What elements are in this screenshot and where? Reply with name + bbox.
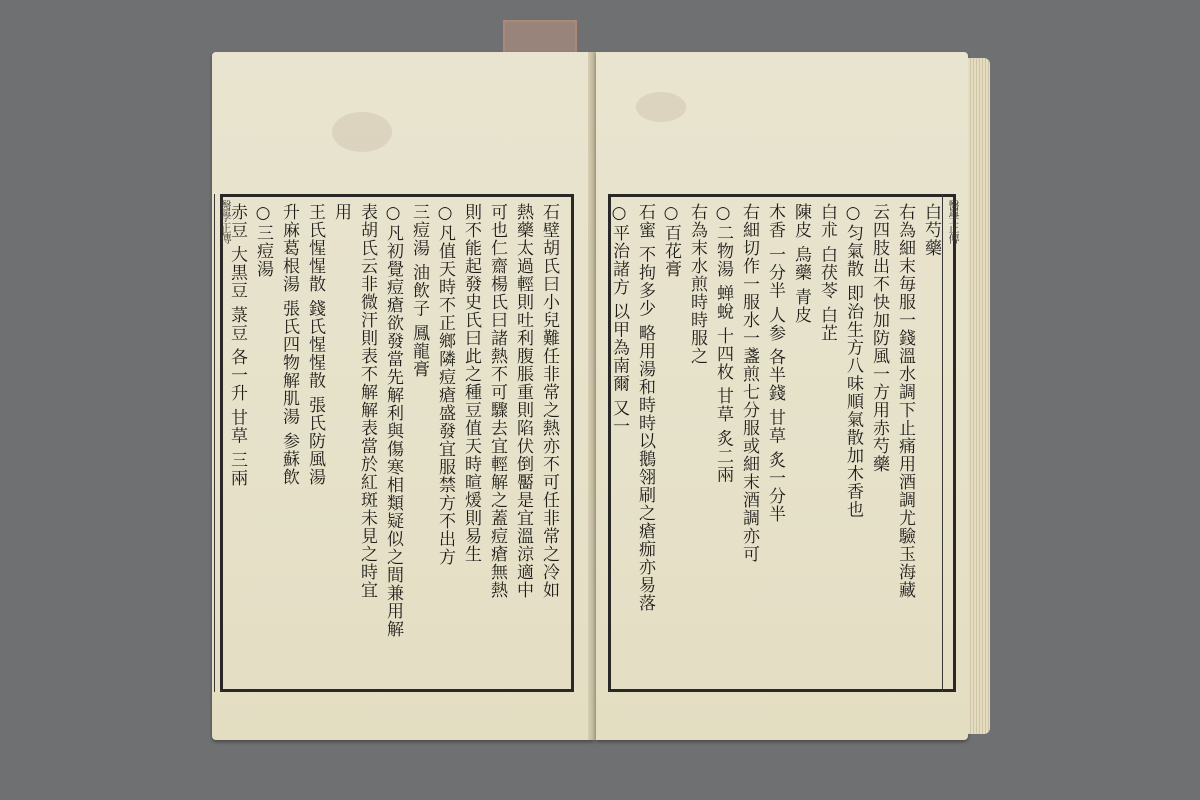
text-column: 王氏惺惺散 錢氏惺惺散 張氏防風湯 bbox=[303, 203, 327, 683]
text-column: 右為末水煎時時服之 bbox=[685, 203, 709, 683]
text-column: ○匀氣散 即治生方八味順氣散加木香也 bbox=[841, 203, 865, 683]
text-column: 升麻葛根湯 張氏四物解肌湯 参蘇飲 bbox=[277, 203, 301, 683]
open-book: 石壁胡氏曰小兒難任非常之熱亦不可任非常之冷如熱藥太過輕則吐利腹脹重則陷伏倒靨是宜… bbox=[212, 52, 992, 742]
text-column: 木香 一分半 人参 各半錢 甘草 炙一分半 bbox=[763, 203, 787, 683]
right-columns: 白芍藥右為細末毎服一錢溫水調下止痛用酒調尤驗玉海藏云四肢出不快加防風一方用赤芍藥… bbox=[621, 203, 943, 683]
text-column: ○凡初覺痘瘡欲發當先解利與傷寒相類疑似之間兼用解 bbox=[381, 203, 405, 683]
text-column: ○三痘湯 bbox=[251, 203, 275, 683]
text-column: 云四肢出不快加防風一方用赤芍藥 bbox=[867, 203, 891, 683]
right-page: 白芍藥右為細末毎服一錢溫水調下止痛用酒調尤驗玉海藏云四肢出不快加防風一方用赤芍藥… bbox=[596, 52, 968, 740]
left-columns: 石壁胡氏曰小兒難任非常之熱亦不可任非常之冷如熱藥太過輕則吐利腹脹重則陷伏倒靨是宜… bbox=[233, 203, 561, 683]
text-column: 白芍藥 bbox=[919, 203, 943, 683]
text-column: 用 bbox=[329, 203, 353, 683]
left-text-frame: 石壁胡氏曰小兒難任非常之熱亦不可任非常之冷如熱藥太過輕則吐利腹脹重則陷伏倒靨是宜… bbox=[220, 194, 574, 692]
text-column: 石蜜 不拘多少 略用湯和時時以鵝翎刷之瘡痂亦易落 bbox=[633, 203, 657, 683]
text-column: 白朮 白茯苓 白芷 bbox=[815, 203, 839, 683]
text-column: 則不能起發史氏曰此之種豆值天時暄煖則易生 bbox=[459, 203, 483, 683]
text-column: 右為細末毎服一錢溫水調下止痛用酒調尤驗玉海藏 bbox=[893, 203, 917, 683]
text-column: 陳皮 烏藥 青皮 bbox=[789, 203, 813, 683]
text-column: 可也仁齋楊氏曰諸熱不可驟去宜輕解之蓋痘瘡無熱 bbox=[485, 203, 509, 683]
right-margin-band: 醫學正傳 bbox=[942, 194, 961, 692]
text-column: 三痘湯 油飲子 鳳龍膏 bbox=[407, 203, 431, 683]
text-column: 表胡氏云非微汗則表不解解表當於紅斑未見之時宜 bbox=[355, 203, 379, 683]
left-page: 石壁胡氏曰小兒難任非常之熱亦不可任非常之冷如熱藥太過輕則吐利腹脹重則陷伏倒靨是宜… bbox=[212, 52, 594, 740]
text-column: ○平治諸方 以甲為南爾 又一 bbox=[607, 203, 631, 683]
left-margin-band: 醫學正傳 bbox=[214, 194, 233, 692]
stain bbox=[636, 92, 686, 122]
text-column: ○百花膏 bbox=[659, 203, 683, 683]
page-edges bbox=[968, 58, 990, 734]
text-column: 石壁胡氏曰小兒難任非常之熱亦不可任非常之冷如 bbox=[537, 203, 561, 683]
stain bbox=[332, 112, 392, 152]
right-text-frame: 白芍藥右為細末毎服一錢溫水調下止痛用酒調尤驗玉海藏云四肢出不快加防風一方用赤芍藥… bbox=[608, 194, 956, 692]
text-column: 熱藥太過輕則吐利腹脹重則陷伏倒靨是宜溫涼適中 bbox=[511, 203, 535, 683]
text-column: ○二物湯 蝉蛻 十四枚 甘草 炙二兩 bbox=[711, 203, 735, 683]
text-column: ○凡值天時不正鄉隣痘瘡盛發宜服禁方不出方 bbox=[433, 203, 457, 683]
text-column: 右細切作一服水一盞煎七分服或細末酒調亦可 bbox=[737, 203, 761, 683]
right-margin-title: 醫學正傳 bbox=[945, 200, 961, 244]
left-margin-title: 醫學正傳 bbox=[217, 200, 233, 244]
